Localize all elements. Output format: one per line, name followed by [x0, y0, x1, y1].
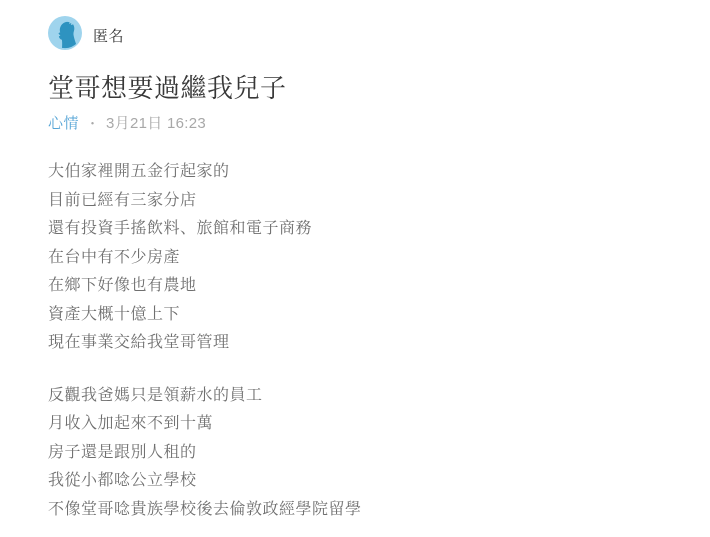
post-author-row: 匿名 [48, 18, 670, 52]
category-link[interactable]: 心情 [48, 114, 79, 134]
post-body-line: 目前已經有三家分店 [48, 187, 670, 216]
meta-separator: ・ [86, 114, 99, 134]
post-body-line: 現在事業交給我堂哥管理 [48, 329, 670, 358]
anonymous-avatar-icon [48, 16, 82, 55]
post-title: 堂哥想要過繼我兒子 [48, 72, 670, 104]
post-body-line: 房子還是跟別人租的 [48, 439, 670, 468]
post-body-line: 反觀我爸媽只是領薪水的員工 [48, 382, 670, 411]
post-body-line: 在鄉下好像也有農地 [48, 272, 670, 301]
post-body-line: 在台中有不少房產 [48, 244, 670, 273]
post-paragraph: 大伯家裡開五金行起家的目前已經有三家分店還有投資手搖飲料、旅館和電子商務在台中有… [48, 158, 670, 358]
post-body-line: 月收入加起來不到十萬 [48, 410, 670, 439]
post-meta: 心情 ・ 3月21日 16:23 [48, 114, 670, 134]
post-body-line: 不像堂哥唸貴族學校後去倫敦政經學院留學 [48, 496, 670, 525]
post-body: 大伯家裡開五金行起家的目前已經有三家分店還有投資手搖飲料、旅館和電子商務在台中有… [48, 158, 670, 524]
post-body-line: 資產大概十億上下 [48, 301, 670, 330]
post-timestamp: 3月21日 16:23 [106, 114, 206, 134]
author-name: 匿名 [93, 25, 124, 46]
post-paragraph: 反觀我爸媽只是領薪水的員工月收入加起來不到十萬房子還是跟別人租的我從小都唸公立學… [48, 382, 670, 525]
post-body-line: 大伯家裡開五金行起家的 [48, 158, 670, 187]
post-body-line: 還有投資手搖飲料、旅館和電子商務 [48, 215, 670, 244]
post-container: 匿名 堂哥想要過繼我兒子 心情 ・ 3月21日 16:23 大伯家裡開五金行起家… [0, 0, 710, 524]
post-body-line: 我從小都唸公立學校 [48, 467, 670, 496]
